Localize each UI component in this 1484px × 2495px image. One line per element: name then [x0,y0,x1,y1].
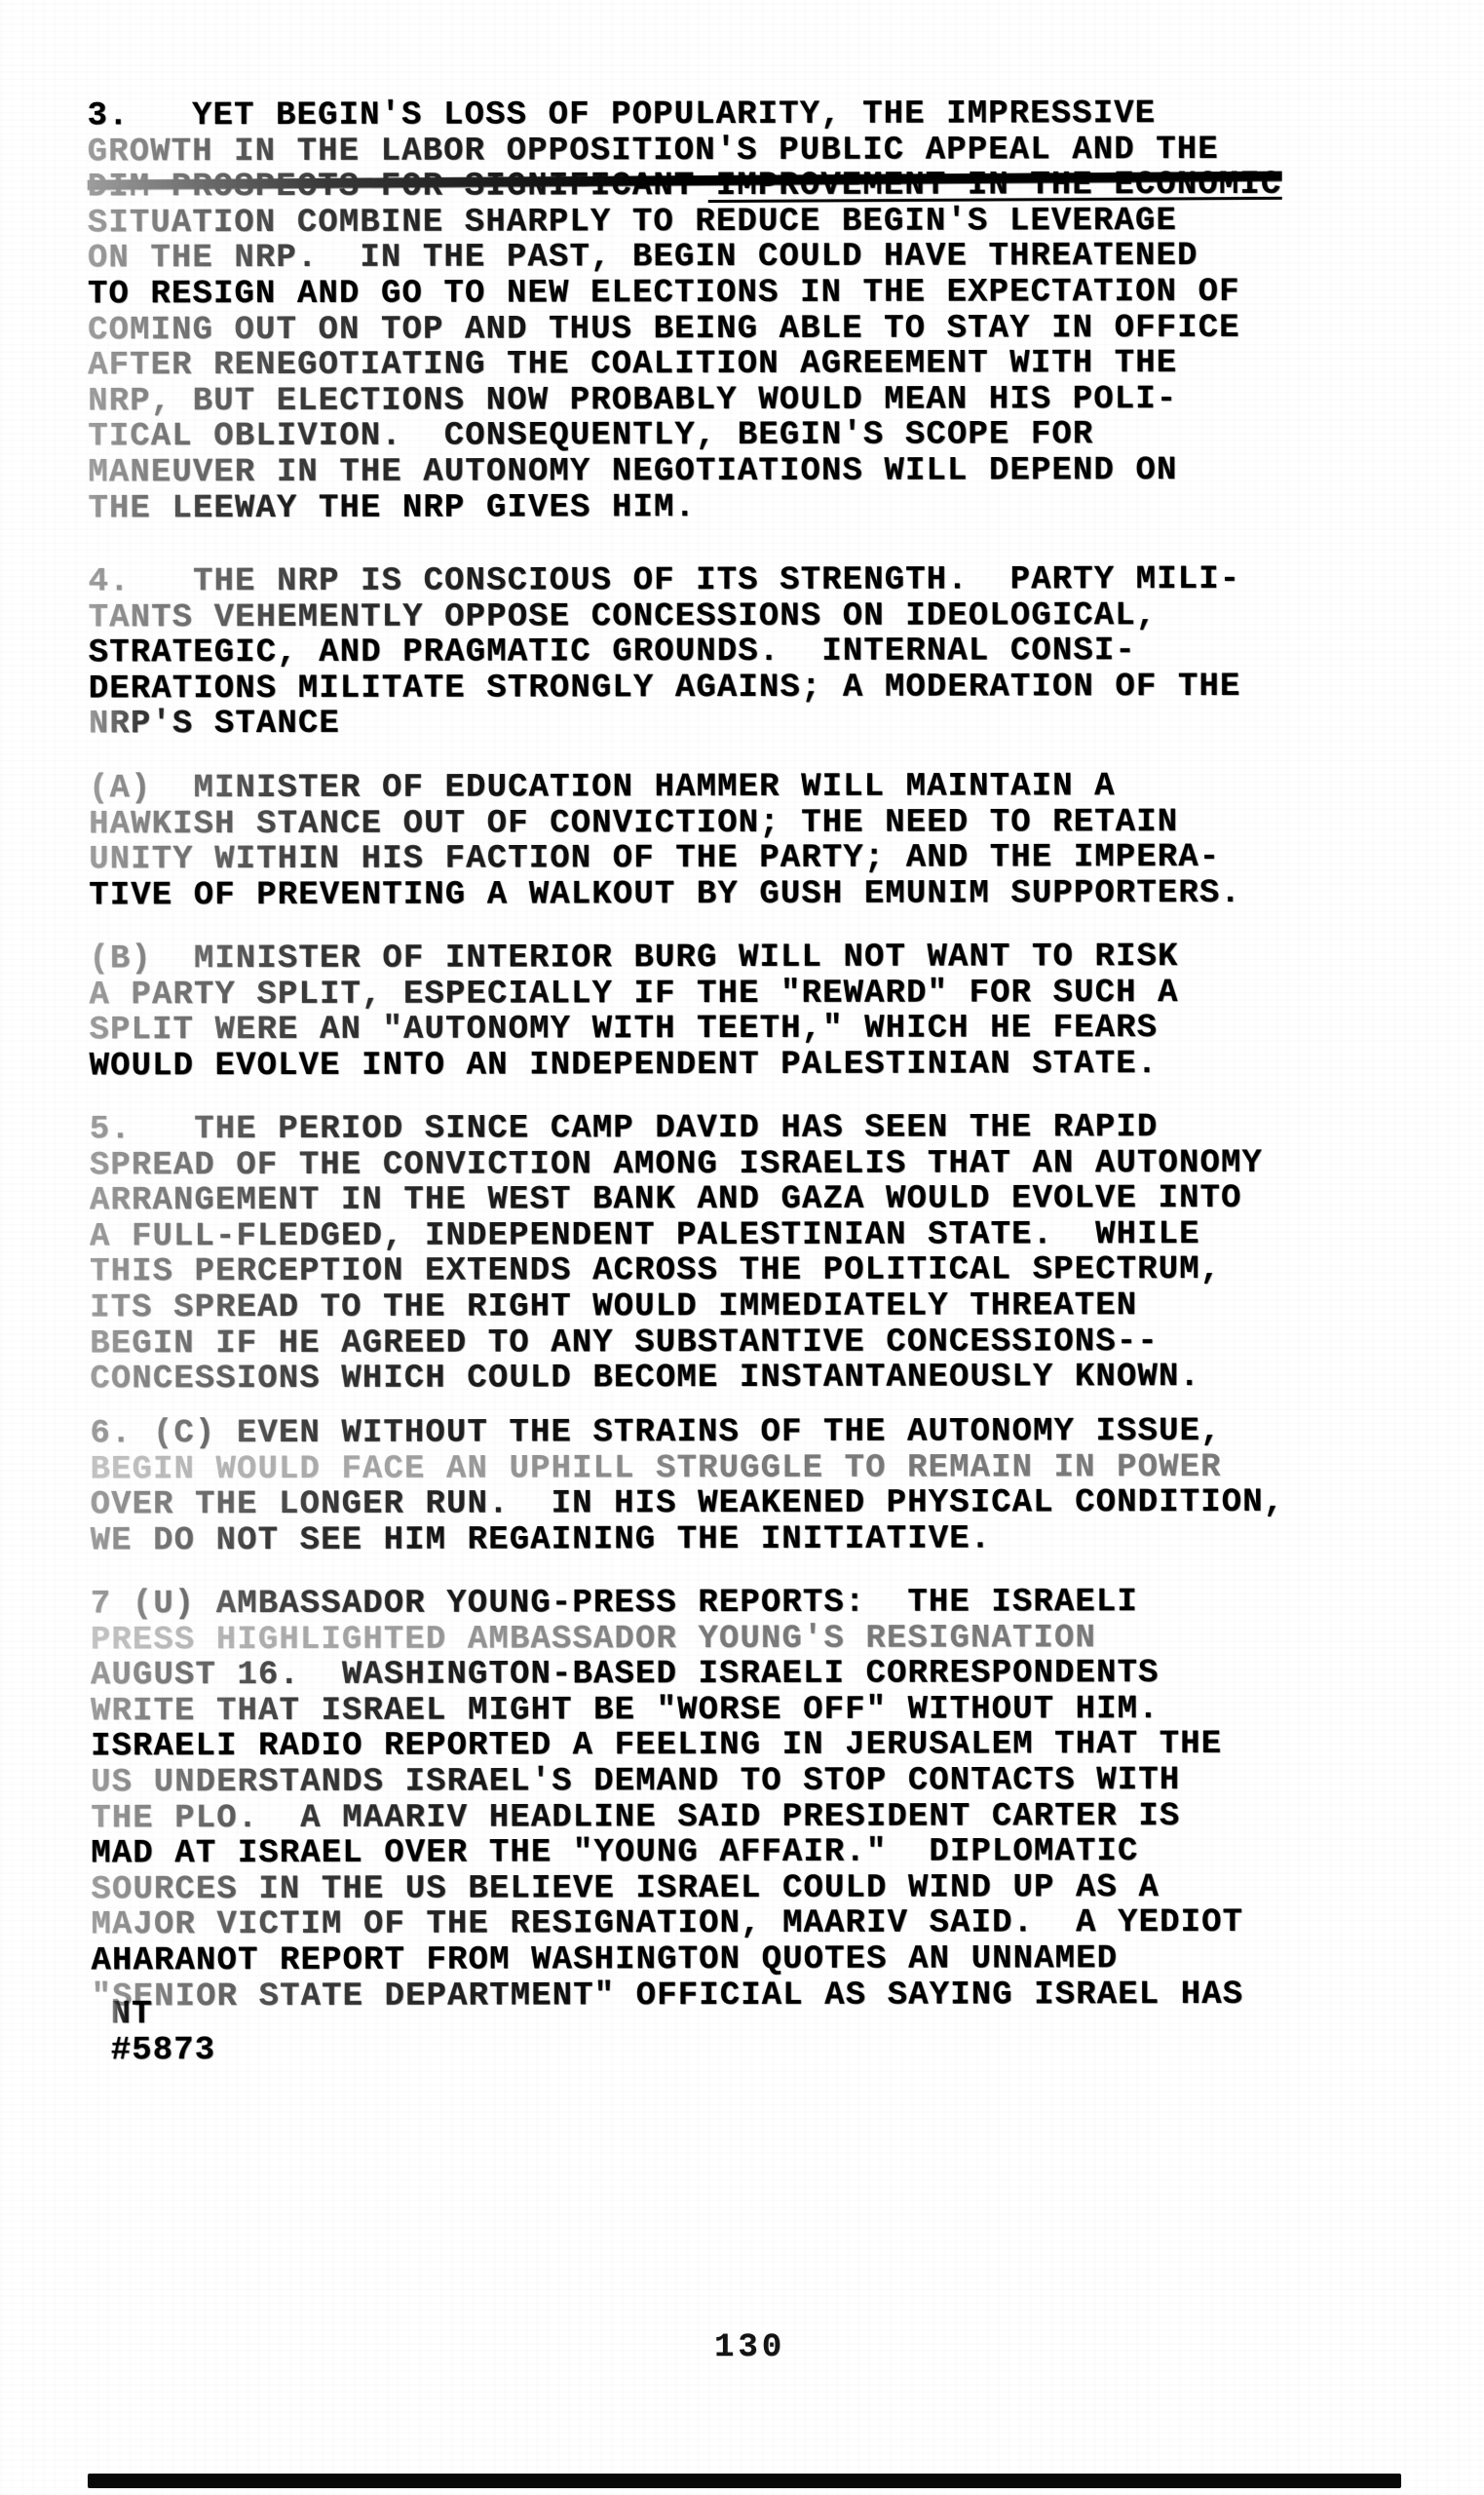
text-line: WRITE THAT ISRAEL MIGHT BE "WORSE OFF" W… [91,1692,1243,1730]
text-line: COMING OUT ON TOP AND THUS BEING ABLE TO… [88,310,1282,348]
text-line: MAJOR VICTIM OF THE RESIGNATION, MAARIV … [91,1905,1243,1943]
paragraph-3: 3. YET BEGIN'S LOSS OF POPULARITY, THE I… [88,96,1283,527]
text-line: DERATIONS MILITATE STRONGLY AGAINS; A MO… [89,670,1241,708]
text-line: 6. (C) EVEN WITHOUT THE STRAINS OF THE A… [90,1414,1284,1452]
text-line: MAD AT ISRAEL OVER THE "YOUNG AFFAIR." D… [91,1834,1243,1872]
text-line: SPLIT WERE AN "AUTONOMY WITH TEETH," WHI… [89,1011,1178,1049]
paragraph-5: 5. THE PERIOD SINCE CAMP DAVID HAS SEEN … [90,1110,1264,1398]
text-line: GROWTH IN THE LABOR OPPOSITION'S PUBLIC … [88,132,1282,170]
text-line: THIS PERCEPTION EXTENDS ACROSS THE POLIT… [90,1252,1263,1290]
text-line: SOURCES IN THE US BELIEVE ISRAEL COULD W… [91,1870,1243,1908]
text-line: TIVE OF PREVENTING A WALKOUT BY GUSH EMU… [89,876,1241,914]
text-line: SITUATION COMBINE SHARPLY TO REDUCE BEGI… [88,204,1282,242]
paragraph-a: (A) MINISTER OF EDUCATION HAMMER WILL MA… [89,769,1241,914]
paragraph-4: 4. THE NRP IS CONSCIOUS OF ITS STRENGTH.… [89,562,1241,743]
paragraph-7: 7 (U) AMBASSADOR YOUNG-PRESS REPORTS: TH… [91,1585,1244,2015]
text-line: ISRAELI RADIO REPORTED A FEELING IN JERU… [91,1727,1243,1765]
text-line: AHARANOT REPORT FROM WASHINGTON QUOTES A… [91,1941,1243,1979]
document-page: 3. YET BEGIN'S LOSS OF POPULARITY, THE I… [0,0,1484,2495]
text-line: US UNDERSTANDS ISRAEL'S DEMAND TO STOP C… [91,1763,1243,1801]
text-line: AUGUST 16. WASHINGTON-BASED ISRAELI CORR… [91,1656,1243,1694]
text-line: THE LEEWAY THE NRP GIVES HIM. [88,488,1282,526]
paragraph-b: (B) MINISTER OF INTERIOR BURG WILL NOT W… [89,940,1178,1085]
struck-text-line: DIM PROSPECTS FOR SIGNIFICANT IMPROVEMEN… [88,168,1282,206]
text-line: TO RESIGN AND GO TO NEW ELECTIONS IN THE… [88,275,1282,313]
text-line: CONCESSIONS WHICH COULD BECOME INSTANTAN… [90,1360,1263,1398]
text-line: 3. YET BEGIN'S LOSS OF POPULARITY, THE I… [88,96,1282,134]
text-line: THE PLO. A MAARIV HEADLINE SAID PRESIDEN… [91,1798,1243,1836]
text-line: ON THE NRP. IN THE PAST, BEGIN COULD HAV… [88,239,1282,277]
text-line: #5873 [111,2033,216,2069]
text-line: WE DO NOT SEE HIM REGAINING THE INITIATI… [91,1521,1285,1559]
scan-artifact-bar [88,2474,1401,2488]
text-line: 5. THE PERIOD SINCE CAMP DAVID HAS SEEN … [90,1110,1263,1148]
text-line: UNITY WITHIN HIS FACTION OF THE PARTY; A… [89,840,1241,878]
sign-off: NT#5873 [111,1997,216,2068]
text-line: WOULD EVOLVE INTO AN INDEPENDENT PALESTI… [90,1047,1179,1085]
text-line: BEGIN IF HE AGREED TO ANY SUBSTANTIVE CO… [90,1324,1263,1362]
text-line: SPREAD OF THE CONVICTION AMONG ISRAELIS … [90,1145,1263,1183]
page-number: 130 [714,2329,785,2366]
text-line: NRP, BUT ELECTIONS NOW PROBABLY WOULD ME… [88,382,1282,420]
text-line: OVER THE LONGER RUN. IN HIS WEAKENED PHY… [91,1485,1285,1523]
typewritten-text-block: 3. YET BEGIN'S LOSS OF POPULARITY, THE I… [0,0,1484,2495]
text-line: ARRANGEMENT IN THE WEST BANK AND GAZA WO… [90,1181,1263,1219]
text-line: MANEUVER IN THE AUTONOMY NEGOTIATIONS WI… [88,453,1282,491]
paragraph-6: 6. (C) EVEN WITHOUT THE STRAINS OF THE A… [90,1414,1284,1559]
text-line: A PARTY SPLIT, ESPECIALLY IF THE "REWARD… [89,976,1178,1014]
text-line: 7 (U) AMBASSADOR YOUNG-PRESS REPORTS: TH… [91,1585,1243,1623]
text-line: A FULL-FLEDGED, INDEPENDENT PALESTINIAN … [90,1217,1263,1255]
text-line: (A) MINISTER OF EDUCATION HAMMER WILL MA… [89,769,1241,807]
text-line: 4. THE NRP IS CONSCIOUS OF ITS STRENGTH.… [89,562,1241,600]
text-line: BEGIN WOULD FACE AN UPHILL STRUGGLE TO R… [90,1449,1284,1487]
text-line: TICAL OBLIVION. CONSEQUENTLY, BEGIN'S SC… [88,417,1282,455]
text-line: HAWKISH STANCE OUT OF CONVICTION; THE NE… [89,805,1241,843]
text-line: NRP'S STANCE [89,705,1241,743]
text-line: (B) MINISTER OF INTERIOR BURG WILL NOT W… [89,940,1178,978]
text-line: NT [111,1997,216,2033]
text-line: STRATEGIC, AND PRAGMATIC GROUNDS. INTERN… [89,633,1241,672]
text-line: PRESS HIGHLIGHTED AMBASSADOR YOUNG'S RES… [91,1621,1243,1659]
text-line: TANTS VEHEMENTLY OPPOSE CONCESSIONS ON I… [89,598,1241,636]
text-line: ITS SPREAD TO THE RIGHT WOULD IMMEDIATEL… [90,1288,1263,1326]
text-line: "SENIOR STATE DEPARTMENT" OFFICIAL AS SA… [92,1977,1244,2015]
text-line: AFTER RENEGOTIATING THE COALITION AGREEM… [88,346,1282,384]
